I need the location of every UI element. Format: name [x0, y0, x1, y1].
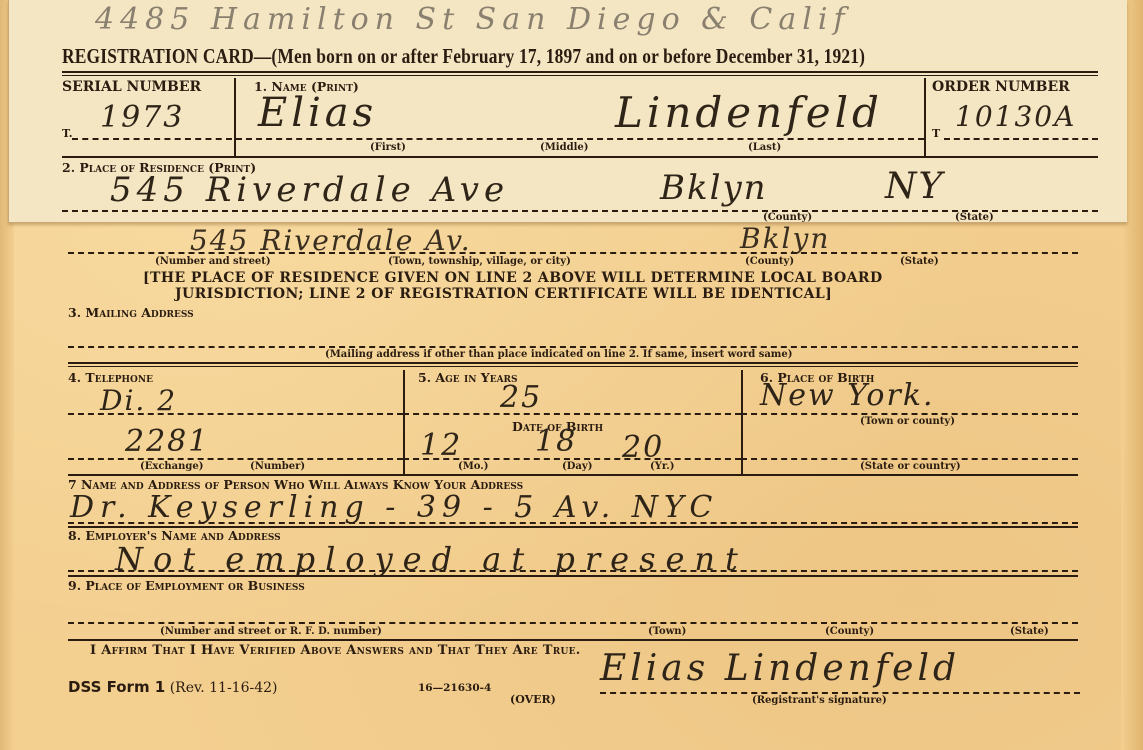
- caption-employment-county: (County): [825, 626, 874, 637]
- mailing-address-line[interactable]: [68, 346, 1078, 348]
- residence-street: 545 Riverdale Ave: [110, 170, 509, 210]
- caption-year: (Yr.): [650, 461, 674, 472]
- jurisdiction-note-line1: [THE PLACE OF RESIDENCE GIVEN ON LINE 2 …: [143, 270, 882, 286]
- divider-6: [68, 474, 1078, 476]
- caption-state-country: (State or country): [860, 461, 961, 472]
- title-rule: [62, 71, 1098, 73]
- place-of-birth-line-1: [741, 413, 1078, 415]
- telephone-line-1: [68, 413, 403, 415]
- order-number-prefix: T: [932, 127, 940, 140]
- place-of-birth-line-2: [741, 458, 1078, 460]
- caption-number-street: (Number and street): [155, 256, 271, 267]
- card-title: REGISTRATION CARD—(Men born on or after …: [62, 44, 865, 69]
- caption-town: (Town, township, village, or city): [388, 256, 571, 267]
- registrant-signature: Elias Lindenfeld: [600, 648, 960, 689]
- form-identifier: DSS Form 1 (Rev. 11-16-42): [68, 678, 278, 696]
- dob-line: [403, 458, 741, 460]
- caption-street-rfd: (Number and street or R. F. D. number): [160, 626, 382, 637]
- name-last: Lindenfeld: [615, 88, 883, 137]
- divider-1: [62, 156, 1098, 158]
- telephone-label: 4. Telephone: [68, 370, 153, 385]
- name-first: Elias: [258, 90, 377, 136]
- caption-number: (Number): [250, 461, 305, 472]
- divider-serial-name: [234, 78, 236, 156]
- jurisdiction-note-line2: JURISDICTION; LINE 2 OF REGISTRATION CER…: [175, 286, 832, 302]
- name-line: [236, 138, 924, 140]
- place-of-employment-line[interactable]: [68, 622, 1078, 624]
- pencil-address-note: 4485 Hamilton St San Diego & Calif: [95, 2, 851, 37]
- residence-line: [62, 210, 1098, 212]
- caption-middle: (Middle): [540, 142, 588, 153]
- contact-person-value: Dr. Keyserling - 39 - 5 Av. NYC: [70, 490, 718, 525]
- order-number-value: 10130A: [955, 100, 1076, 133]
- age-line: [403, 413, 741, 415]
- dob-day: 18: [535, 424, 577, 459]
- form-over: (OVER): [510, 693, 556, 706]
- residence-original-town: Bklyn: [740, 222, 830, 255]
- mailing-address-caption: (Mailing address if other than place ind…: [325, 349, 793, 360]
- signature-caption: (Registrant's signature): [752, 695, 887, 706]
- caption-county: (County): [745, 256, 794, 267]
- caption-state: (State): [900, 256, 939, 267]
- caption-month: (Mo.): [458, 461, 489, 472]
- telephone-number: 2281: [125, 424, 209, 459]
- contact-person-line: [68, 522, 1078, 524]
- serial-number-value: 1973: [100, 100, 184, 135]
- form-revision: (Rev. 11-16-42): [170, 680, 278, 696]
- place-of-birth-town: New York.: [760, 378, 935, 413]
- serial-number-line: [72, 138, 232, 140]
- divider-9: [68, 639, 1078, 641]
- employer-line: [68, 570, 1078, 572]
- caption-last: (Last): [748, 142, 781, 153]
- employer-value: Not employed at present: [115, 540, 748, 578]
- place-of-employment-label: 9. Place of Employment or Business: [68, 578, 305, 593]
- divider-name-order: [924, 78, 926, 156]
- caption-overlay-county: (County): [763, 212, 812, 223]
- caption-day: (Day): [562, 461, 592, 472]
- caption-exchange: (Exchange): [140, 461, 204, 472]
- residence-state: NY: [885, 166, 944, 207]
- residence-town: Bklyn: [660, 168, 768, 208]
- order-number-line: [944, 138, 1098, 140]
- mailing-address-label: 3. Mailing Address: [68, 305, 194, 320]
- caption-employment-state: (State): [1010, 626, 1049, 637]
- residence-original-line: [68, 252, 1078, 254]
- signature-line: [600, 692, 1080, 694]
- form-code: 16—21630-4: [418, 682, 491, 694]
- age-value: 25: [500, 380, 542, 415]
- divider-3: [68, 362, 1078, 364]
- caption-overlay-state: (State): [955, 212, 994, 223]
- caption-first: (First): [370, 142, 406, 153]
- order-number-label: ORDER NUMBER: [932, 79, 1070, 95]
- form-name: DSS Form 1: [68, 678, 165, 696]
- caption-town-county: (Town or county): [860, 416, 955, 427]
- registration-card: 545 Riverdale Av. Bklyn (Number and stre…: [0, 0, 1143, 750]
- divider-8: [68, 575, 1078, 577]
- affirmation-text: I Affirm That I Have Verified Above Answ…: [90, 643, 581, 658]
- serial-number-label: SERIAL NUMBER: [62, 79, 201, 95]
- divider-3b: [68, 366, 1078, 367]
- title-rule-2: [62, 75, 1098, 76]
- telephone-line-2: [68, 458, 403, 460]
- caption-employment-town: (Town): [648, 626, 686, 637]
